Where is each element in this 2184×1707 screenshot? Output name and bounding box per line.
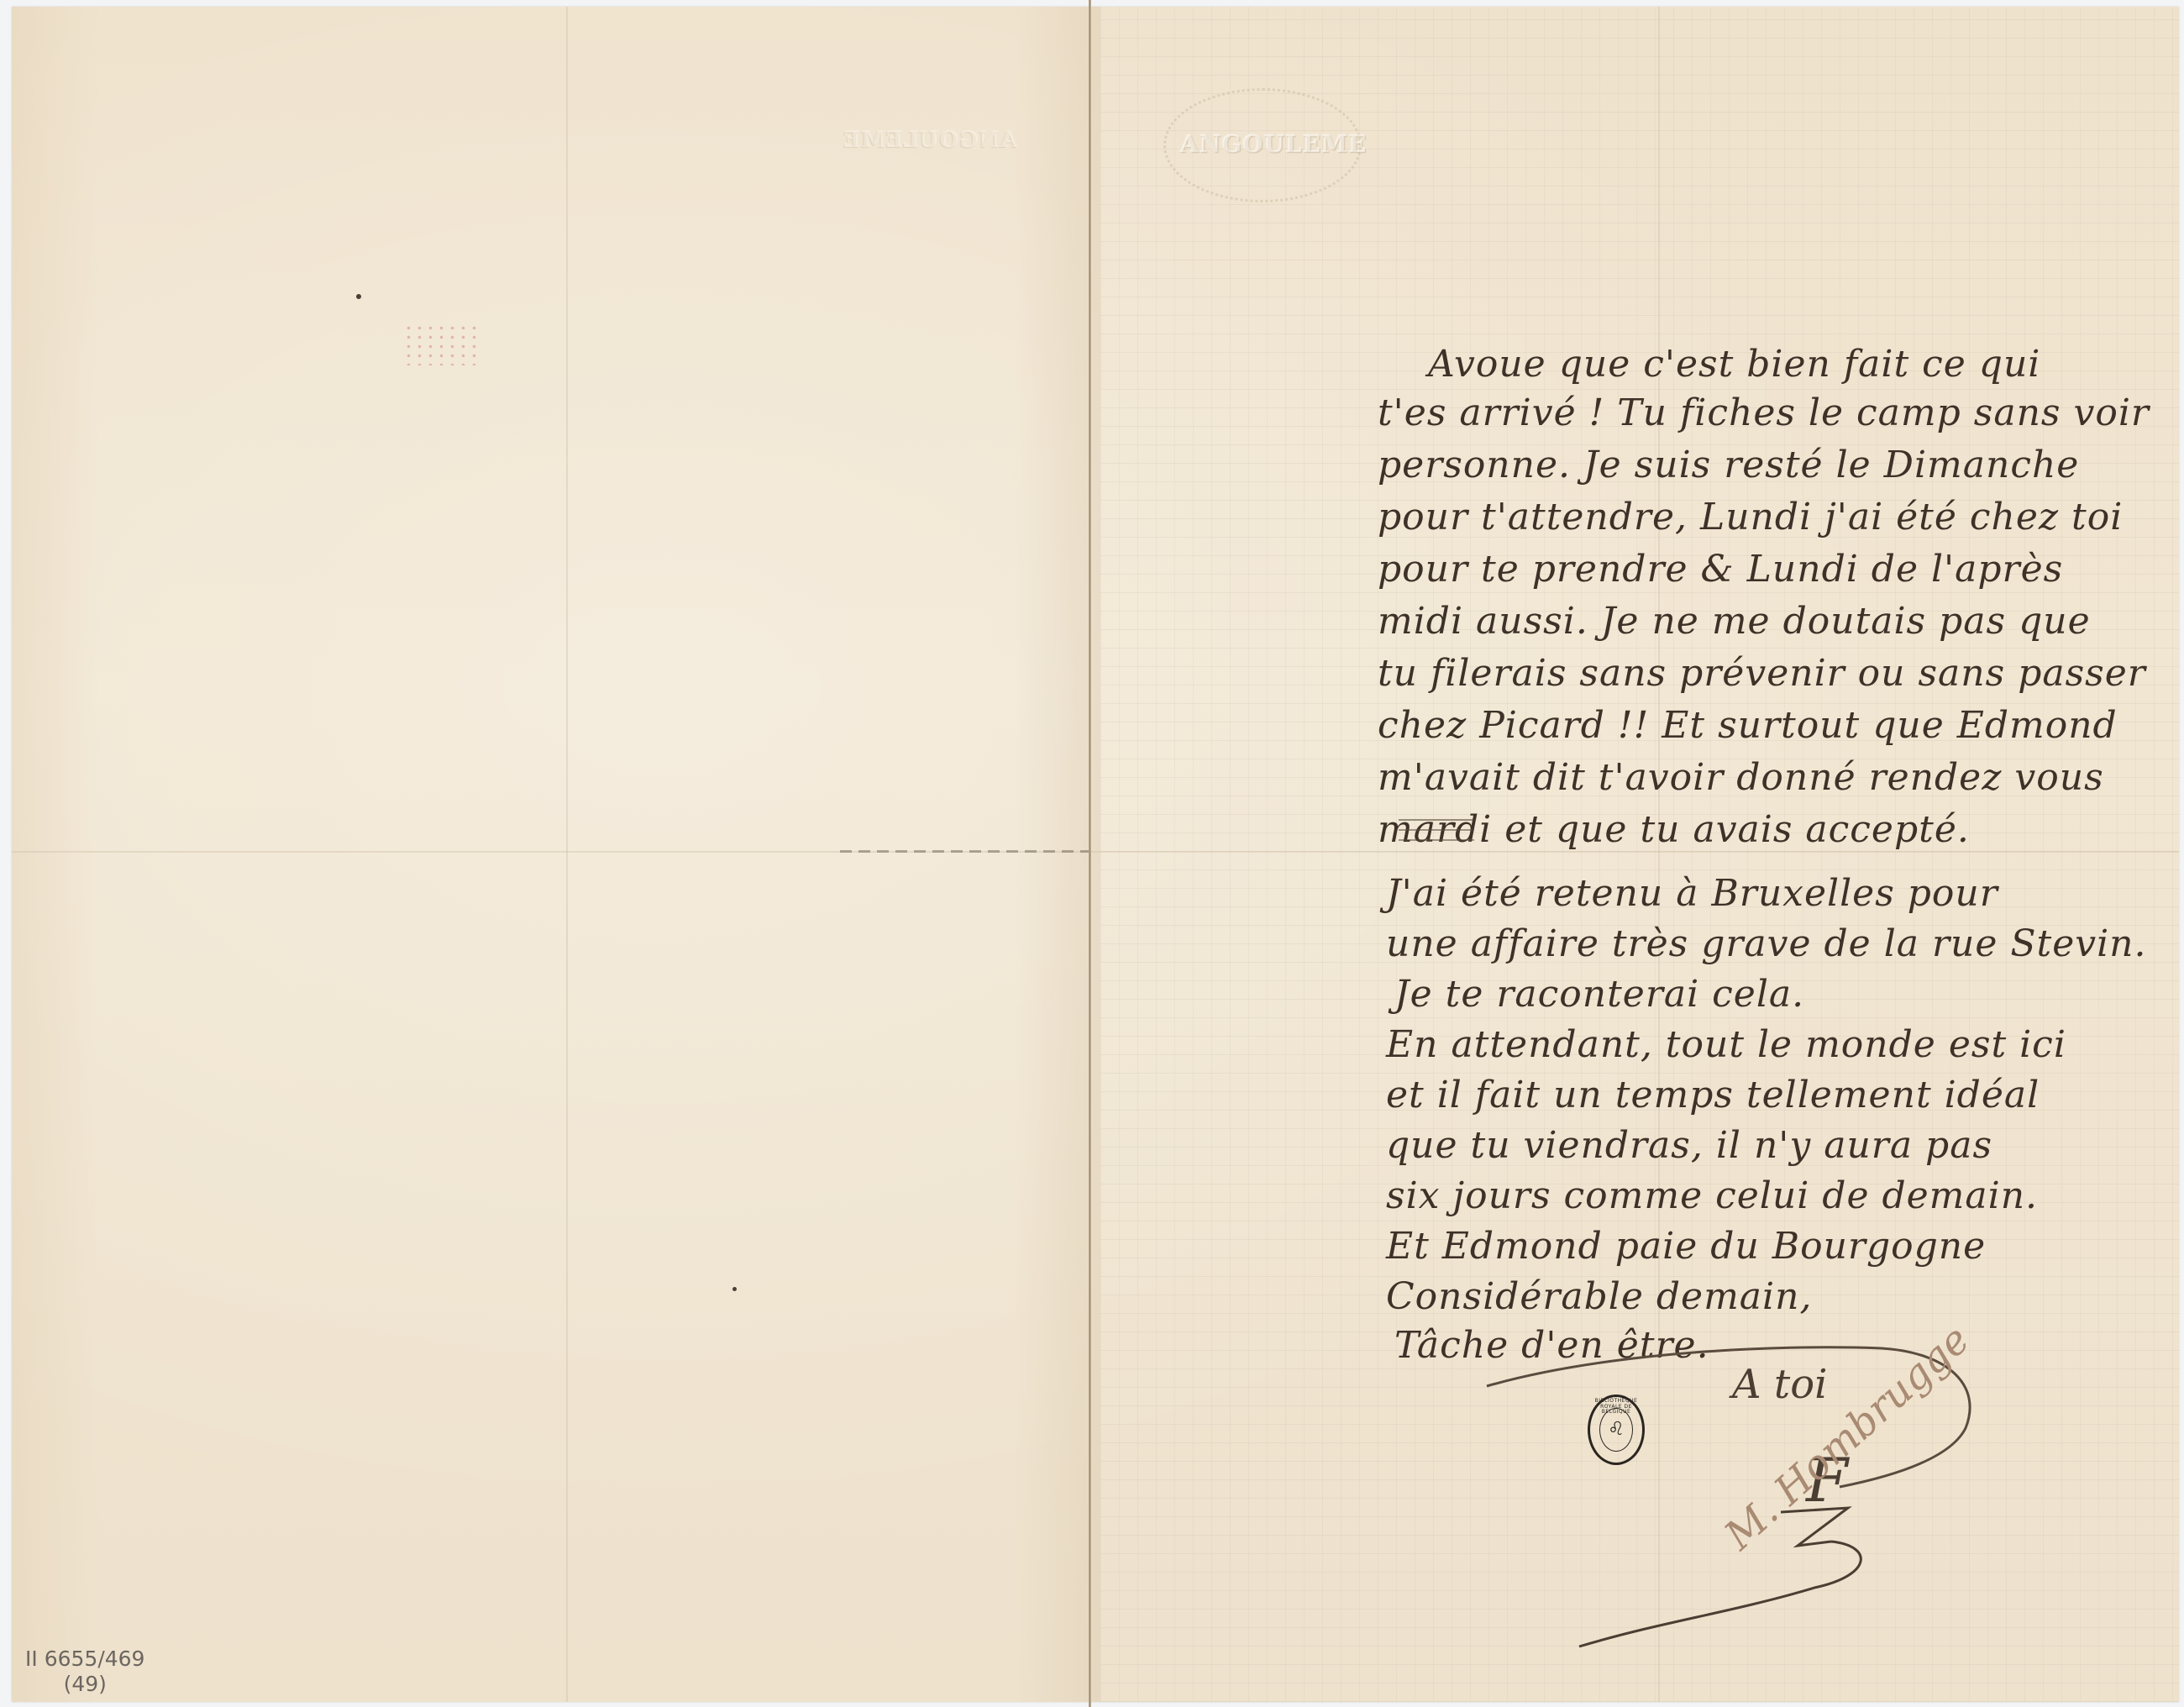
emboss-stamp-angouleme: ANGOULEME — [1180, 130, 1367, 158]
horizontal-fold-crease — [12, 851, 2179, 853]
center-fold — [1089, 0, 1091, 1707]
letter-line: Considérable demain, — [1386, 1275, 1812, 1318]
shelfmark: II 6655/469 (49) — [25, 1647, 144, 1697]
paragraph-separator-rule — [1399, 819, 1474, 854]
shelfmark-item: (49) — [25, 1672, 144, 1697]
letter-line: chez Picard !! Et surtout que Edmond — [1378, 704, 2118, 747]
ink-spot — [356, 294, 361, 299]
letter-line: une affaire très grave de la rue Stevin. — [1386, 922, 2147, 965]
letter-line: pour te prendre & Lundi de l'après — [1378, 548, 2063, 591]
letter-line: six jours comme celui de demain. — [1386, 1174, 2038, 1217]
letter-line: En attendant, tout le monde est ici — [1386, 1023, 2066, 1066]
letter-line: tu filerais sans prévenir ou sans passer — [1378, 652, 2146, 695]
closing-salutation: A toi — [1732, 1361, 1827, 1408]
library-stamp: BIBLIOTHÈQUE ROYALE DE BELGIQUE ♌ — [1588, 1394, 1645, 1465]
letter-line: J'ai été retenu à Bruxelles pour — [1386, 872, 1998, 915]
letter-line: personne. Je suis resté le Dimanche — [1378, 444, 2079, 486]
letter-line: pour t'attendre, Lundi j'ai été chez toi — [1378, 496, 2123, 538]
shelfmark-number: II 6655/469 — [25, 1647, 144, 1672]
glue-residue-line — [840, 850, 1089, 853]
vertical-fold-crease-left — [566, 7, 568, 1702]
letter-line: Je te raconterai cela. — [1394, 973, 1804, 1016]
letter-line: Et Edmond paie du Bourgogne — [1386, 1225, 1986, 1268]
left-page-blank — [12, 7, 1100, 1702]
letter-line: Avoue que c'est bien fait ce qui — [1428, 343, 2040, 386]
letter-line: et il fait un temps tellement idéal — [1386, 1074, 2040, 1116]
letter-line: m'avait dit t'avoir donné rendez vous — [1378, 756, 2104, 799]
letter-line: que tu viendras, il n'y aura pas — [1386, 1124, 1992, 1167]
letter-line: t'es arrivé ! Tu fiches le camp sans voi… — [1378, 391, 2150, 434]
library-stamp-text: BIBLIOTHÈQUE ROYALE DE BELGIQUE — [1590, 1399, 1642, 1415]
foxing-spots — [403, 323, 479, 365]
ink-spot — [732, 1287, 737, 1291]
letter-line: midi aussi. Je ne me doutais pas que — [1378, 600, 2091, 643]
emboss-stamp-mirror: ANGOULEME — [843, 128, 1016, 153]
